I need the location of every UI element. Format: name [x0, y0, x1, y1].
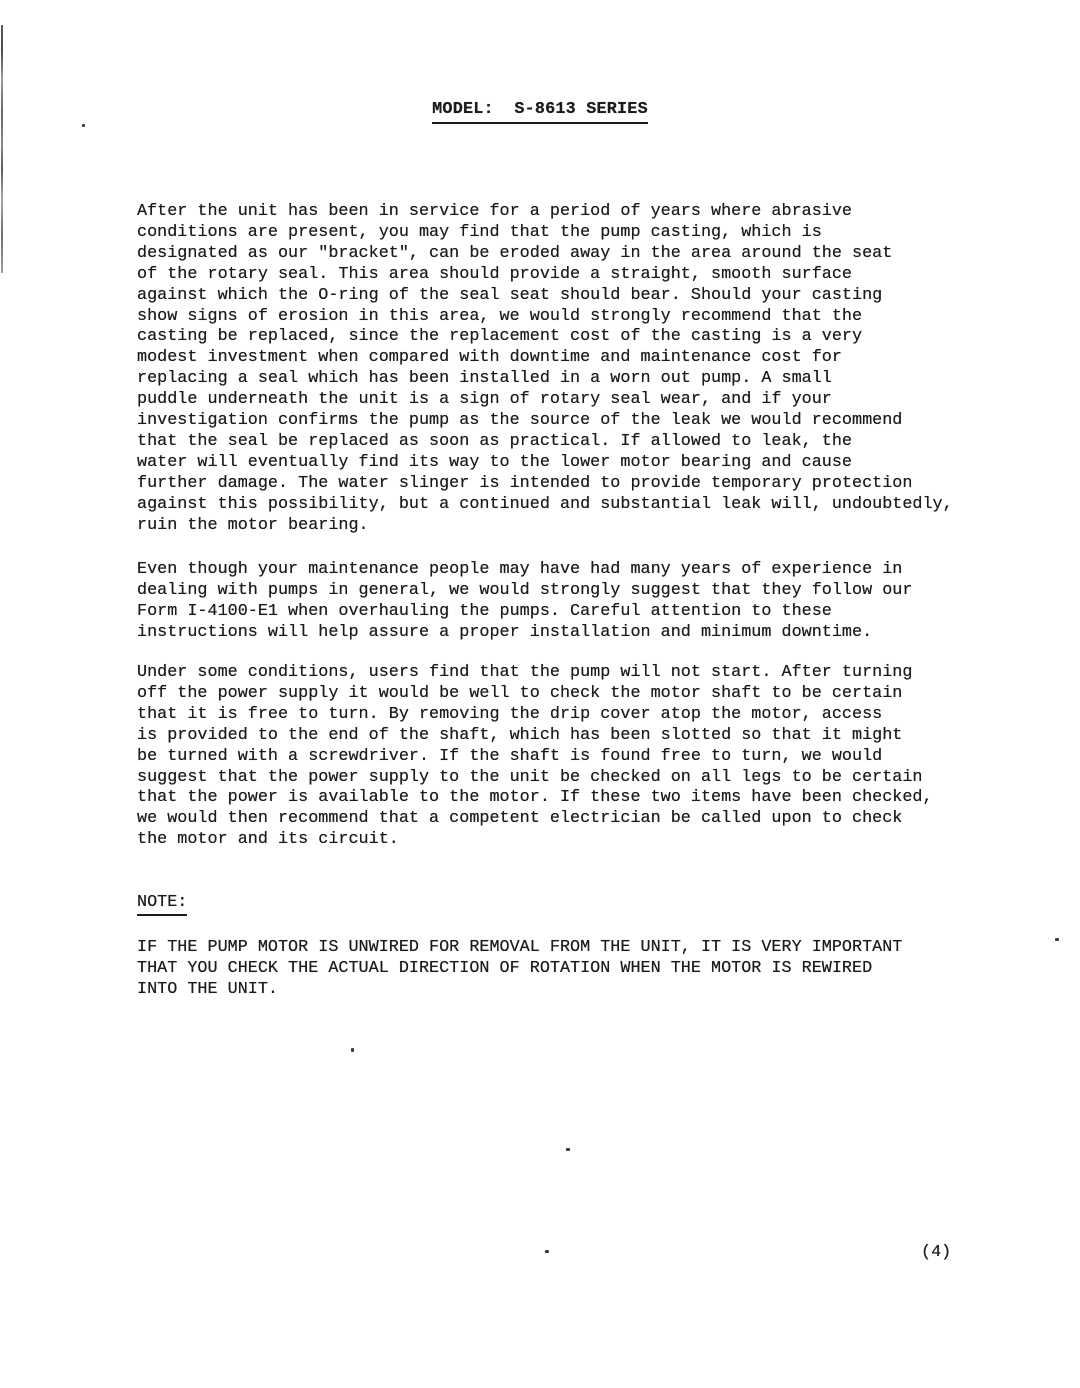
note-body: IF THE PUMP MOTOR IS UNWIRED FOR REMOVAL… [137, 938, 1047, 1001]
document-title: MODEL: S-8613 SERIES [0, 100, 1080, 124]
scan-artifact-left-line [1, 25, 3, 273]
paragraph-maintenance-form: Even though your maintenance people may … [137, 560, 1047, 644]
document-page: MODEL: S-8613 SERIES After the unit has … [0, 0, 1080, 1388]
paragraph-pump-will-not-start: Under some conditions, users find that t… [137, 663, 1047, 851]
scan-artifact-dot [545, 1250, 549, 1253]
paragraph-seal-erosion: After the unit has been in service for a… [137, 202, 1047, 537]
scan-artifact-dot [566, 1148, 570, 1151]
scan-artifact-dot [351, 1048, 354, 1052]
scan-artifact-dot [1055, 938, 1059, 941]
page-number: (4) [921, 1243, 951, 1262]
scan-artifact-dot [82, 124, 85, 127]
document-title-text: MODEL: S-8613 SERIES [432, 100, 648, 124]
note-heading: NOTE: [137, 893, 187, 916]
